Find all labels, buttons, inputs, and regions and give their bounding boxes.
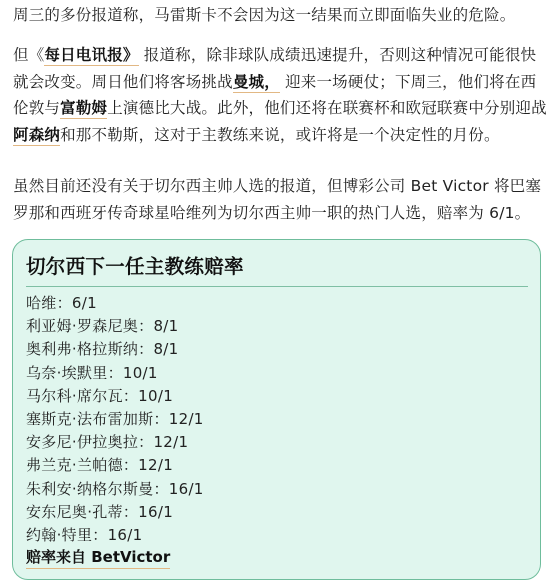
odds-item: 约翰·特里：16/1 bbox=[26, 524, 204, 547]
odds-item: 弗兰克·兰帕德：12/1 bbox=[26, 454, 204, 477]
link-man-city[interactable]: 曼城， bbox=[233, 73, 280, 93]
odds-item: 朱利安·纳格尔斯曼：16/1 bbox=[26, 478, 204, 501]
odds-item: 塞斯克·法布雷加斯：12/1 bbox=[26, 408, 204, 431]
divider bbox=[26, 286, 528, 287]
odds-item: 利亚姆·罗森尼奥：8/1 bbox=[26, 315, 204, 338]
odds-source-link[interactable]: 赔率来自 BetVictor bbox=[26, 546, 170, 569]
link-daily-telegraph[interactable]: 每日电讯报》 bbox=[44, 46, 138, 66]
link-arsenal[interactable]: 阿森纳 bbox=[13, 126, 60, 146]
link-fulham[interactable]: 富勒姆 bbox=[60, 99, 107, 119]
paragraph-3: 虽然目前还没有关于切尔西主帅人选的报道，但博彩公司 Bet Victor 将巴塞… bbox=[13, 173, 548, 226]
odds-box: 切尔西下一任主教练赔率 哈维：6/1 利亚姆·罗森尼奥：8/1 奥利弗·格拉斯纳… bbox=[12, 239, 541, 580]
paragraph-2-text: 上演德比大战。此外，他们还将在联赛杯和欧冠联赛中分别迎战 bbox=[107, 99, 547, 117]
odds-item: 乌奈·埃默里：10/1 bbox=[26, 362, 204, 385]
paragraph-2-text: 但《 bbox=[13, 46, 44, 64]
odds-item: 奥利弗·格拉斯纳：8/1 bbox=[26, 338, 204, 361]
odds-item: 安多尼·伊拉奥拉：12/1 bbox=[26, 431, 204, 454]
paragraph-2-text: 和那不勒斯，这对于主教练来说，或许将是一个决定性的月份。 bbox=[60, 126, 500, 144]
odds-list: 哈维：6/1 利亚姆·罗森尼奥：8/1 奥利弗·格拉斯纳：8/1 乌奈·埃默里：… bbox=[26, 292, 204, 547]
odds-item: 哈维：6/1 bbox=[26, 292, 204, 315]
odds-item: 安东尼奥·孔蒂：16/1 bbox=[26, 501, 204, 524]
paragraph-2: 但《每日电讯报》 报道称，除非球队成绩迅速提升，否则这种情况可能很快就会改变。周… bbox=[13, 42, 548, 148]
odds-box-title: 切尔西下一任主教练赔率 bbox=[26, 251, 244, 279]
paragraph-1: 周三的多份报道称，马雷斯卡不会因为这一结果而立即面临失业的危险。 bbox=[13, 2, 548, 29]
odds-item: 马尔科·席尔瓦：10/1 bbox=[26, 385, 204, 408]
